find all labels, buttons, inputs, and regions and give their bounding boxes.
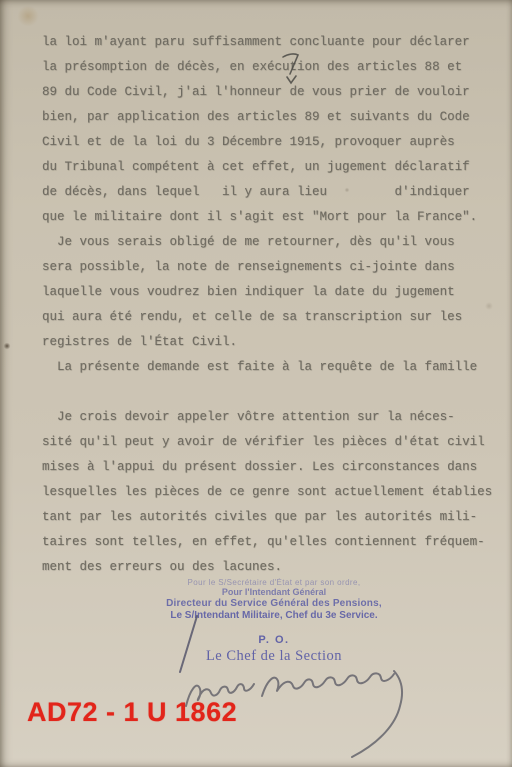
text-line: Je crois devoir appeler vôtre attention … (42, 405, 492, 430)
text-line: Je vous serais obligé de me retourner, d… (42, 230, 492, 255)
stamp-chef-de-section: Le Chef de la Section (118, 648, 430, 665)
text-line: qui aura été rendu, et celle de sa trans… (42, 305, 492, 330)
text-line: sité qu'il peut y avoir de vérifier les … (42, 430, 492, 455)
text-line: laquelle vous voudrez bien indiquer la d… (42, 280, 492, 305)
text-line: 89 du Code Civil, j'ai l'honneur de vous… (42, 80, 492, 105)
text-line: sera possible, la note de renseignements… (42, 255, 492, 280)
stamp-line: Directeur du Service Général des Pension… (118, 598, 430, 610)
text-line: mises à l'appui du présent dossier. Les … (42, 455, 492, 480)
document-scan: la loi m'ayant paru suffisamment conclua… (0, 0, 512, 767)
archive-reference: AD72 - 1 U 1862 (27, 697, 237, 728)
text-line: la loi m'ayant paru suffisamment conclua… (42, 30, 492, 55)
text-line: bien, par application des articles 89 et… (42, 105, 492, 130)
stamp-line: Pour le S/Secrétaire d'État et par son o… (118, 578, 430, 587)
text-line: lesquelles les pièces de ce genre sont a… (42, 480, 492, 505)
stamp-po-initials: P. O. (118, 634, 430, 647)
text-line: registres de l'État Civil. (42, 330, 492, 355)
typewritten-text: la loi m'ayant paru suffisamment conclua… (42, 30, 492, 580)
text-line: que le militaire dont il s'agit est "Mor… (42, 205, 492, 230)
text-line (42, 380, 492, 405)
stamp-line: Pour l'Intendant Général (118, 587, 430, 598)
text-line: de décès, dans lequel il y aura lieu d'i… (42, 180, 492, 205)
text-line: la présomption de décès, en exécution de… (42, 55, 492, 80)
official-stamp: Pour le S/Secrétaire d'État et par son o… (118, 578, 430, 665)
text-line: taires sont telles, en effet, qu'elles c… (42, 530, 492, 555)
text-line: Civil et de la loi du 3 Décembre 1915, p… (42, 130, 492, 155)
stamp-line: Le S/Intendant Militaire, Chef du 3e Ser… (118, 610, 430, 622)
text-line: du Tribunal compétent à cet effet, un ju… (42, 155, 492, 180)
text-line: ment des erreurs ou des lacunes. (42, 555, 492, 580)
text-line: tant par les autorités civiles que par l… (42, 505, 492, 530)
text-line: La présente demande est faite à la requê… (42, 355, 492, 380)
